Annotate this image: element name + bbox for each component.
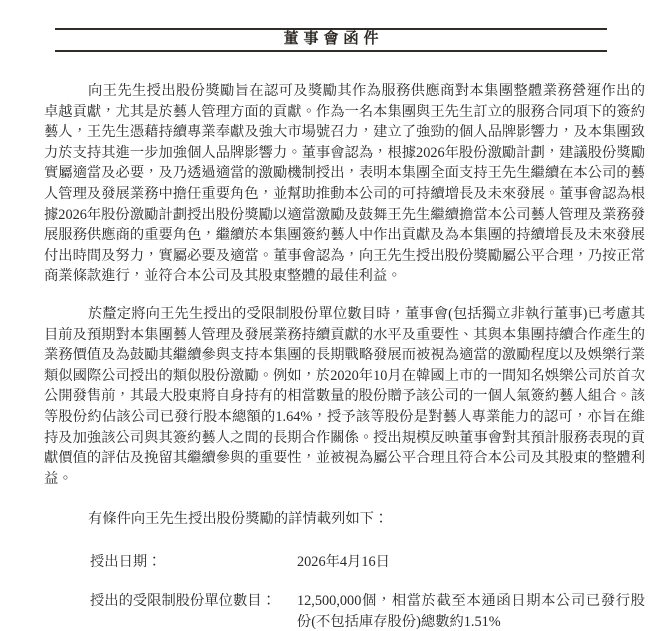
paragraph-rsu-determination: 於釐定將向王先生授出的受限制股份單位數目時，董事會(包括獨立非執行董事)已考慮其…: [44, 304, 645, 489]
detail-row-grant-date: 授出日期： 2026年4月16日: [44, 552, 645, 573]
detail-label-rsu-number: 授出的受限制股份單位數目：: [44, 591, 297, 612]
letter-body: 向王先生授出股份獎勵旨在認可及獎勵其作為服務供應商對本集團整體業務營運作出的卓越…: [44, 81, 645, 631]
page-title: 董事會函件: [55, 31, 607, 48]
detail-row-rsu-number: 授出的受限制股份單位數目： 12,500,000個，相當於截至本通函日期本公司已…: [44, 591, 645, 631]
board-letter-page: 董事會函件 向王先生授出股份獎勵旨在認可及獎勵其作為服務供應商對本集團整體業務營…: [0, 0, 650, 631]
paragraph-grant-rationale: 向王先生授出股份獎勵旨在認可及獎勵其作為服務供應商對本集團整體業務營運作出的卓越…: [44, 81, 645, 287]
detail-value-rsu-number: 12,500,000個，相當於截至本通函日期本公司已發行股份(不包括庫存股份)總…: [297, 591, 645, 631]
title-block: 董事會函件: [55, 28, 607, 52]
details-intro: 有條件向王先生授出股份獎勵的詳情載列如下：: [44, 509, 645, 530]
detail-label-grant-date: 授出日期：: [44, 552, 297, 573]
detail-value-grant-date: 2026年4月16日: [297, 552, 645, 573]
